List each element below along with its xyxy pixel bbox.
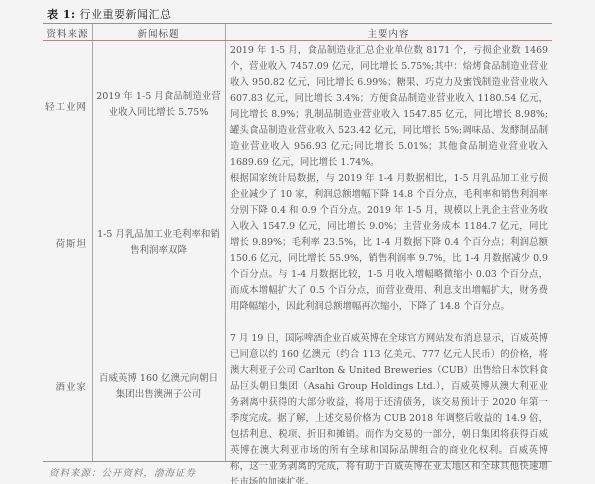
row-title: 2019 年 1-5 月食品制造业营业收入同比增长 5.75%	[95, 89, 222, 121]
row-source: 轻工业网	[43, 99, 87, 113]
row-title: 1-5 月乳品加工业毛利率和销售利润率双降	[95, 227, 222, 259]
table-row: 轻工业网 2019 年 1-5 月食品制造业营业收入同比增长 5.75% 201…	[43, 41, 552, 171]
news-summary-table: 资料来源 新闻标题 主要内容 轻工业网 2019 年 1-5 月食品制造业营业收…	[43, 23, 552, 462]
table-caption: 表 1: 行业重要新闻汇总	[47, 6, 172, 22]
row-content: 2019 年 1-5 月，食品制造业汇总企业单位数 8171 个，亏损企业数 1…	[230, 43, 548, 171]
row-title: 百威英博 160 亿澳元向朝日集团出售澳洲子公司	[95, 371, 222, 403]
row-source: 荷斯坦	[43, 236, 87, 250]
source-note: 资料来源：公开资料，渤海证券	[49, 465, 196, 479]
table-row: 荷斯坦 1-5 月乳品加工业毛利率和销售利润率双降 根据国家统计局数据，与 20…	[43, 171, 552, 321]
table-row: 酒业家 百威英博 160 亿澳元向朝日集团出售澳洲子公司 7 月 19 日，国际…	[43, 329, 552, 459]
row-content: 根据国家统计局数据，与 2019 年 1-4 月数据相比，1-5 月乳品加工业亏…	[230, 171, 548, 315]
header-title: 新闻标题	[92, 26, 225, 40]
caption-title: 行业重要新闻汇总	[80, 8, 172, 21]
header-content: 主要内容	[225, 26, 552, 40]
caption-label: 表 1:	[47, 8, 76, 21]
table-header: 资料来源 新闻标题 主要内容	[43, 24, 552, 41]
row-source: 酒业家	[43, 379, 87, 393]
row-content: 7 月 19 日，国际啤酒企业百威英博在全球官方网站发布消息显示，百威英博已同意…	[230, 331, 548, 484]
header-source: 资料来源	[43, 26, 92, 40]
